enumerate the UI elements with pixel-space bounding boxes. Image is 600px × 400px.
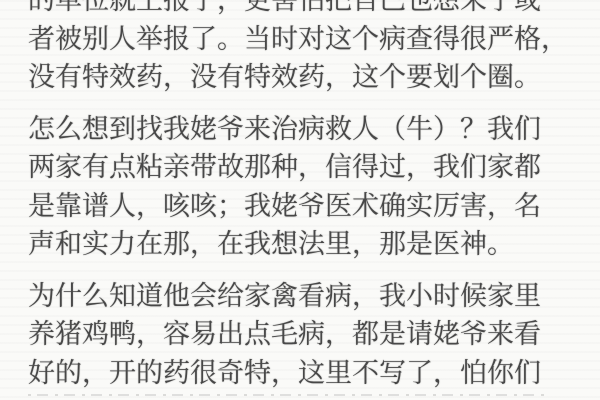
text-line: 声和实力在那，在我想法里，那是医神。 bbox=[28, 225, 588, 264]
text-line: 为什么知道他会给家禽看病，我小时候家里 bbox=[28, 277, 588, 316]
page: 的单位就上报了，更害怕把自己也想来了或 者被别人举报了。当时对这个病查得很严格，… bbox=[0, 0, 600, 400]
text-block: 的单位就上报了，更害怕把自己也想来了或 者被别人举报了。当时对这个病查得很严格，… bbox=[28, 0, 588, 400]
text-line: 好的，开的药很奇特，这里不写了，怕你们 bbox=[28, 354, 588, 393]
clipped-bottom-line bbox=[28, 394, 548, 400]
text-line: 没有特效药，没有特效药，这个要划个圈。 bbox=[28, 58, 588, 97]
text-line: 怎么想到找我姥爷来治病救人（牛）？我们 bbox=[28, 110, 588, 149]
paragraph-3: 为什么知道他会给家禽看病，我小时候家里 养猪鸡鸭，容易出点毛病，都是请姥爷来看 … bbox=[28, 277, 588, 393]
text-line: 养猪鸡鸭，容易出点毛病，都是请姥爷来看 bbox=[28, 315, 588, 354]
paragraph-1: 的单位就上报了，更害怕把自己也想来了或 者被别人举报了。当时对这个病查得很严格，… bbox=[28, 0, 588, 97]
text-line: 是靠谱人，咳咳；我姥爷医术确实厉害，名 bbox=[28, 187, 588, 226]
text-line: 两家有点粘亲带故那种，信得过，我们家都 bbox=[28, 148, 588, 187]
text-line: 者被别人举报了。当时对这个病查得很严格， bbox=[28, 20, 588, 59]
text-line: 的单位就上报了，更害怕把自己也想来了或 bbox=[28, 0, 588, 20]
paragraph-2: 怎么想到找我姥爷来治病救人（牛）？我们 两家有点粘亲带故那种，信得过，我们家都 … bbox=[28, 110, 588, 264]
